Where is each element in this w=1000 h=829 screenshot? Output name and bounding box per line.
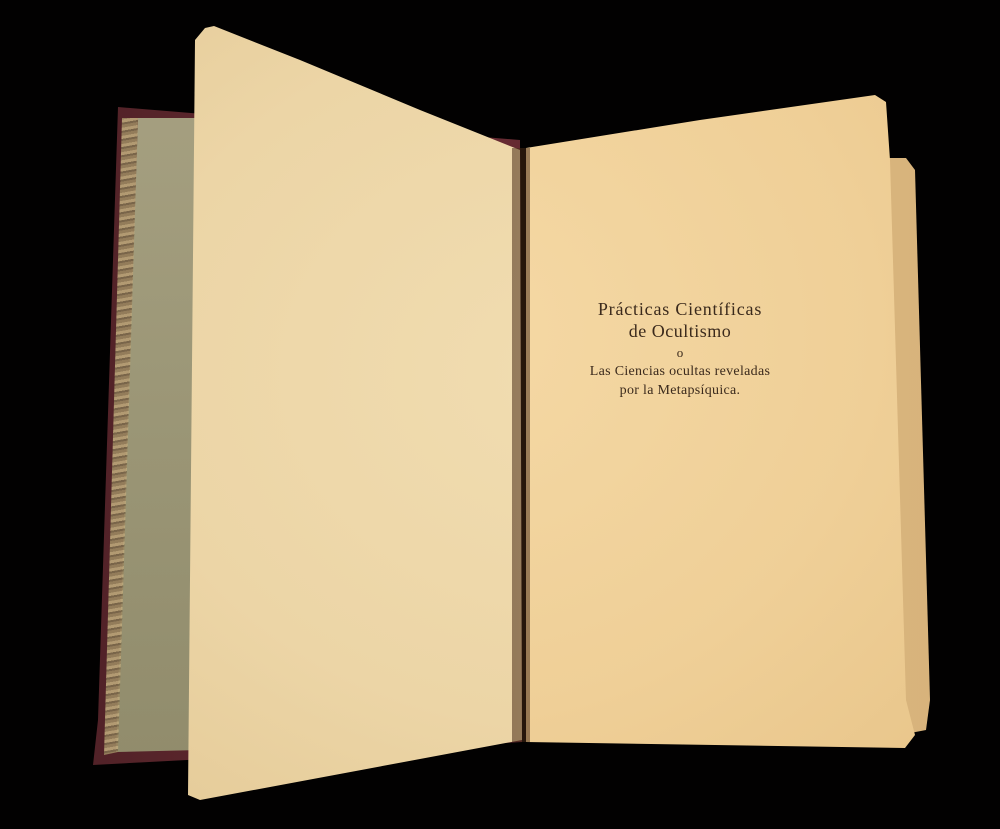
subtitle-line-1: Las Ciencias ocultas reveladas: [560, 362, 800, 381]
subtitle-line-2: por la Metapsíquica.: [560, 381, 800, 400]
photo-background: Prácticas Científicas de Ocultismo o Las…: [0, 0, 1000, 829]
title-line-1: Prácticas Científicas: [560, 298, 800, 320]
title-line-2: de Ocultismo: [560, 320, 800, 342]
title-conjunction: o: [560, 344, 800, 362]
title-page-text: Prácticas Científicas de Ocultismo o Las…: [560, 298, 800, 400]
